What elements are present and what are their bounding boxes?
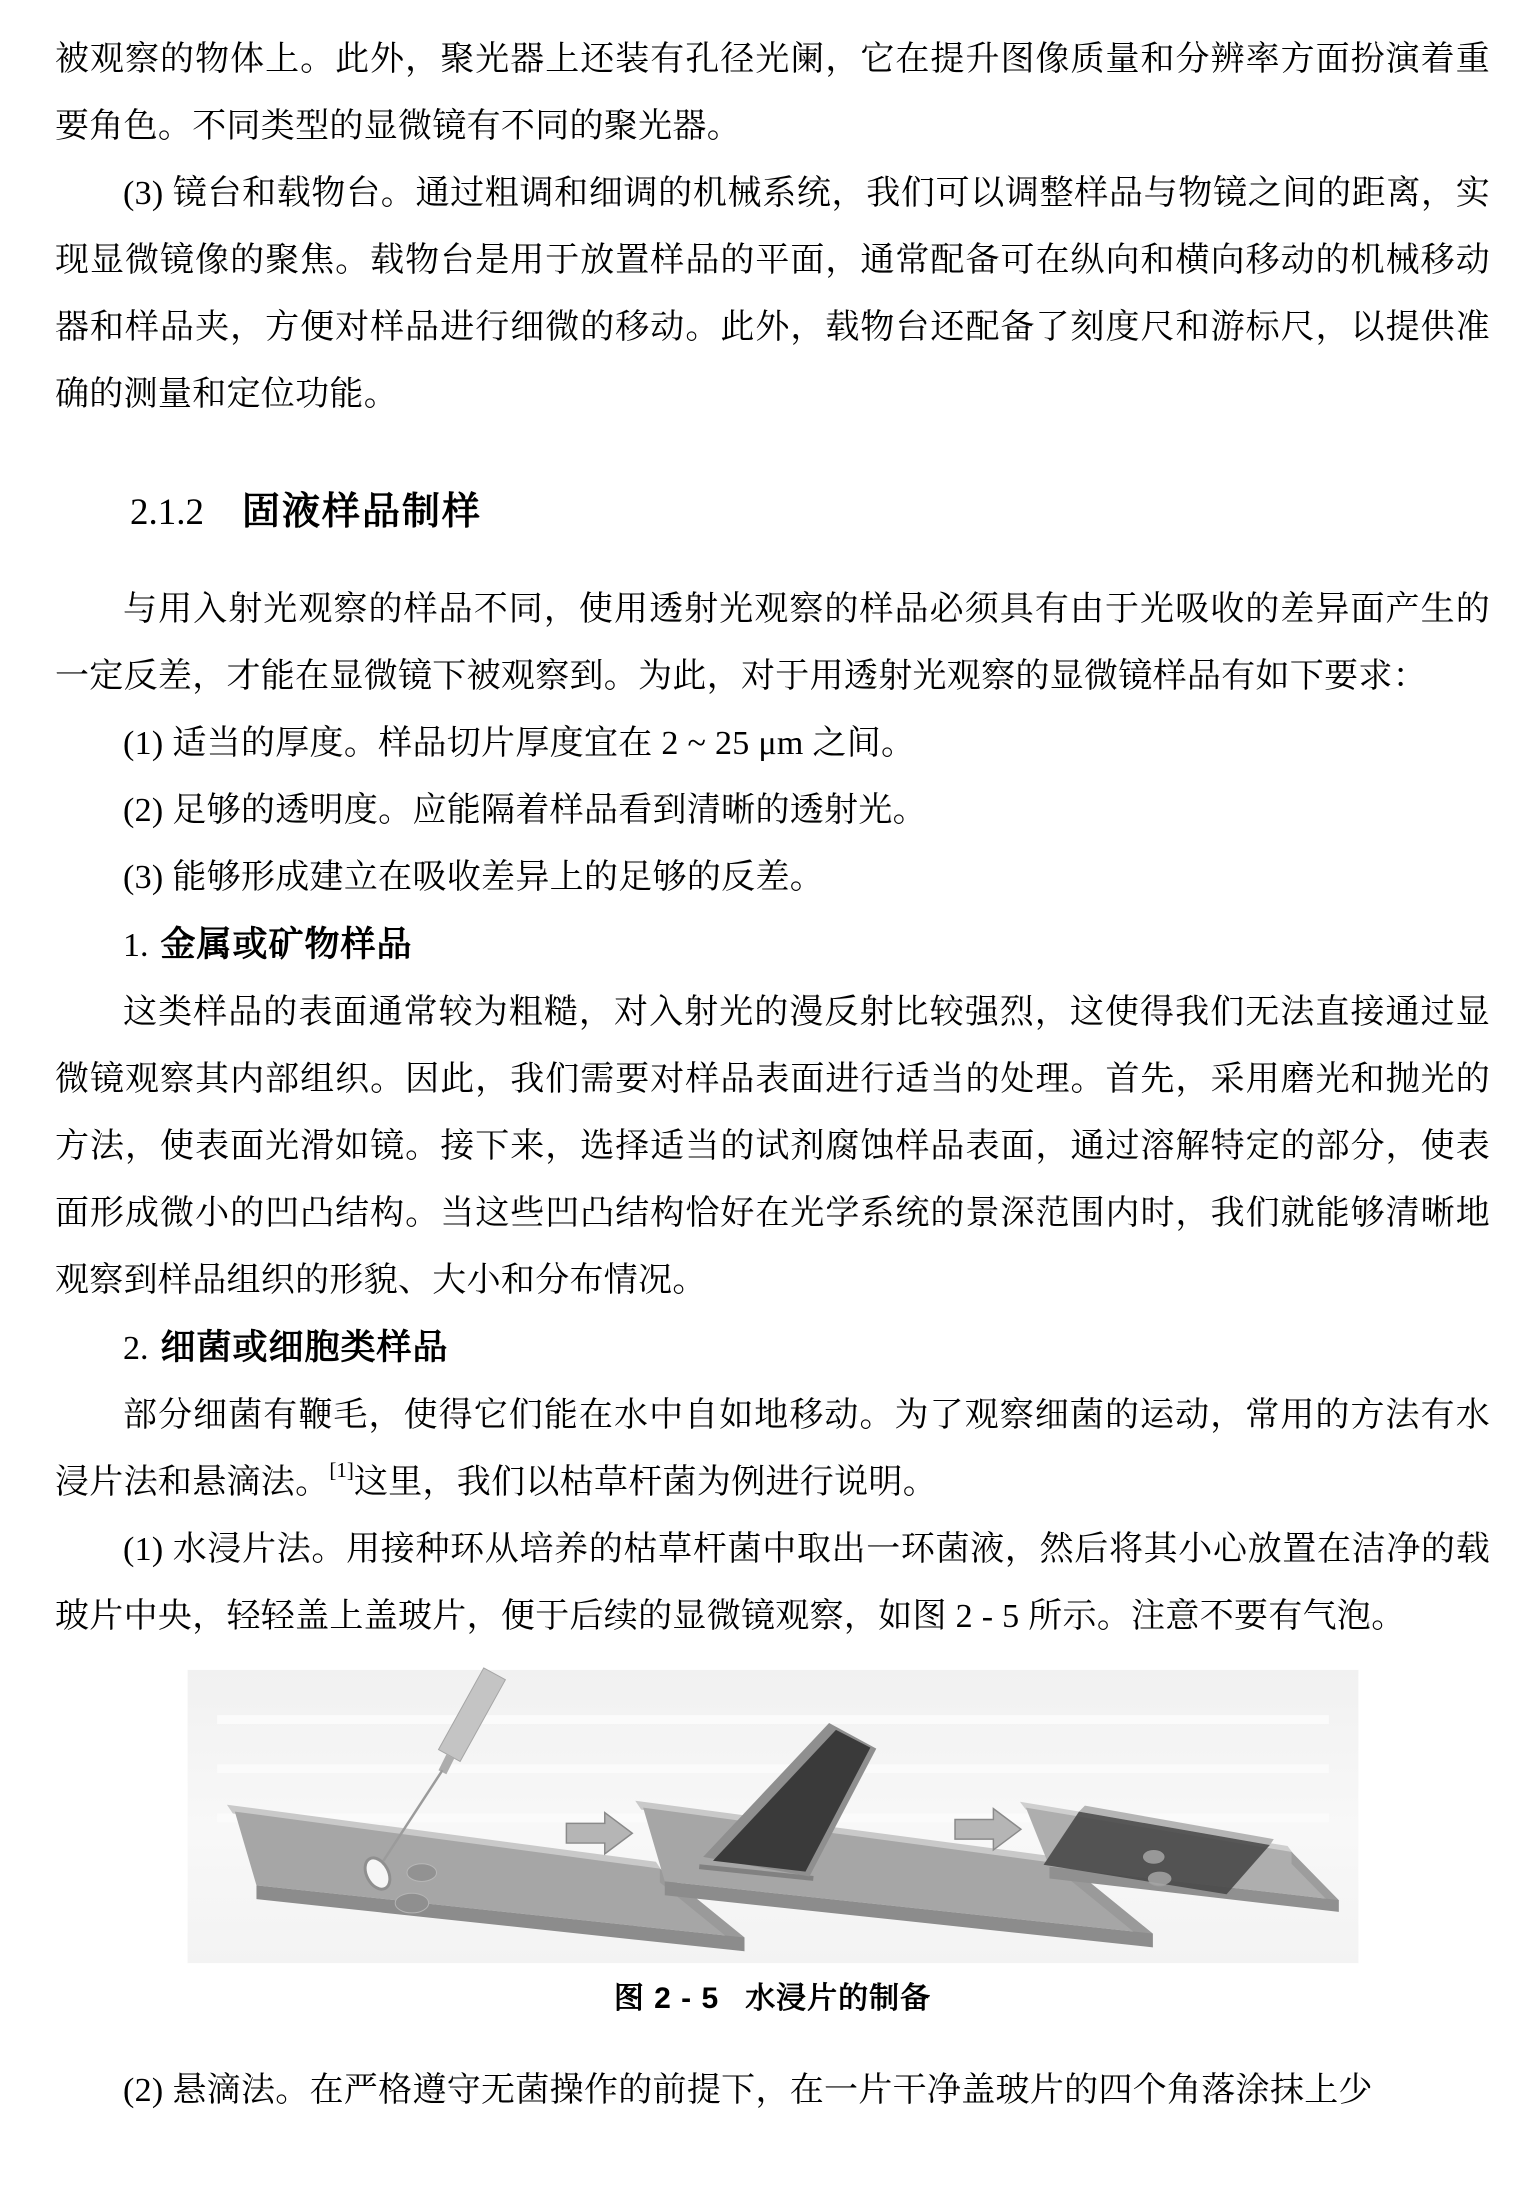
wet-mount-preparation-illustration xyxy=(178,1664,1368,1969)
subheading-title: 金属或矿物样品 xyxy=(161,925,413,964)
paragraph-hanging-drop-method: (2) 悬滴法。在严格遵守无菌操作的前提下，在一片干净盖玻片的四个角落涂抹上少 xyxy=(55,2057,1490,2124)
subheading-title: 细菌或细胞类样品 xyxy=(161,1328,449,1367)
page: 被观察的物体上。此外，聚光器上还装有孔径光阑，它在提升图像质量和分辨率方面扮演着… xyxy=(0,0,1536,2200)
requirement-transparency: (2) 足够的透明度。应能隔着样品看到清晰的透射光。 xyxy=(55,777,1490,844)
paragraph-condenser-continuation: 被观察的物体上。此外，聚光器上还装有孔径光阑，它在提升图像质量和分辨率方面扮演着… xyxy=(55,26,1490,160)
paragraph-transmitted-light-intro: 与用入射光观察的样品不同，使用透射光观察的样品必须具有由于光吸收的差异面产生的一… xyxy=(55,576,1490,710)
bacteria-text-after: 这里，我们以枯草杆菌为例进行说明。 xyxy=(354,1464,937,1501)
subheading-bacteria-samples: 2.细菌或细胞类样品 xyxy=(55,1314,1490,1382)
section-heading: 2.1.2 固液样品制样 xyxy=(130,480,1490,532)
section-number: 2.1.2 xyxy=(130,491,204,534)
subheading-metal-samples: 1.金属或矿物样品 xyxy=(55,911,1490,979)
subheading-number: 2. xyxy=(123,1330,149,1367)
requirement-contrast: (3) 能够形成建立在吸收差异上的足够的反差。 xyxy=(55,844,1490,911)
subheading-number: 1. xyxy=(123,927,149,964)
paragraph-wet-mount-method: (1) 水浸片法。用接种环从培养的枯草杆菌中取出一环菌液，然后将其小心放置在洁净… xyxy=(55,1516,1490,1650)
footnote-marker: [1] xyxy=(329,1458,354,1482)
figure-caption: 图 2 - 5水浸片的制备 xyxy=(55,1977,1490,2021)
figure-2-5: 图 2 - 5水浸片的制备 xyxy=(55,1664,1490,2021)
paragraph-stage: (3) 镜台和载物台。通过粗调和细调的机械系统，我们可以调整样品与物镜之间的距离… xyxy=(55,160,1490,428)
droplet-icon xyxy=(407,1864,437,1882)
paragraph-bacteria: 部分细菌有鞭毛，使得它们能在水中自如地移动。为了观察细菌的运动，常用的方法有水浸… xyxy=(55,1382,1490,1516)
figure-caption-text: 水浸片的制备 xyxy=(745,1982,931,2015)
droplet-icon xyxy=(395,1893,428,1913)
section-title: 固液样品制样 xyxy=(242,480,482,535)
requirement-thickness: (1) 适当的厚度。样品切片厚度宜在 2 ~ 25 μm 之间。 xyxy=(55,710,1490,777)
figure-caption-label: 图 2 - 5 xyxy=(614,1982,719,2015)
paragraph-metal-samples: 这类样品的表面通常较为粗糙，对入射光的漫反射比较强烈，这使得我们无法直接通过显微… xyxy=(55,979,1490,1314)
